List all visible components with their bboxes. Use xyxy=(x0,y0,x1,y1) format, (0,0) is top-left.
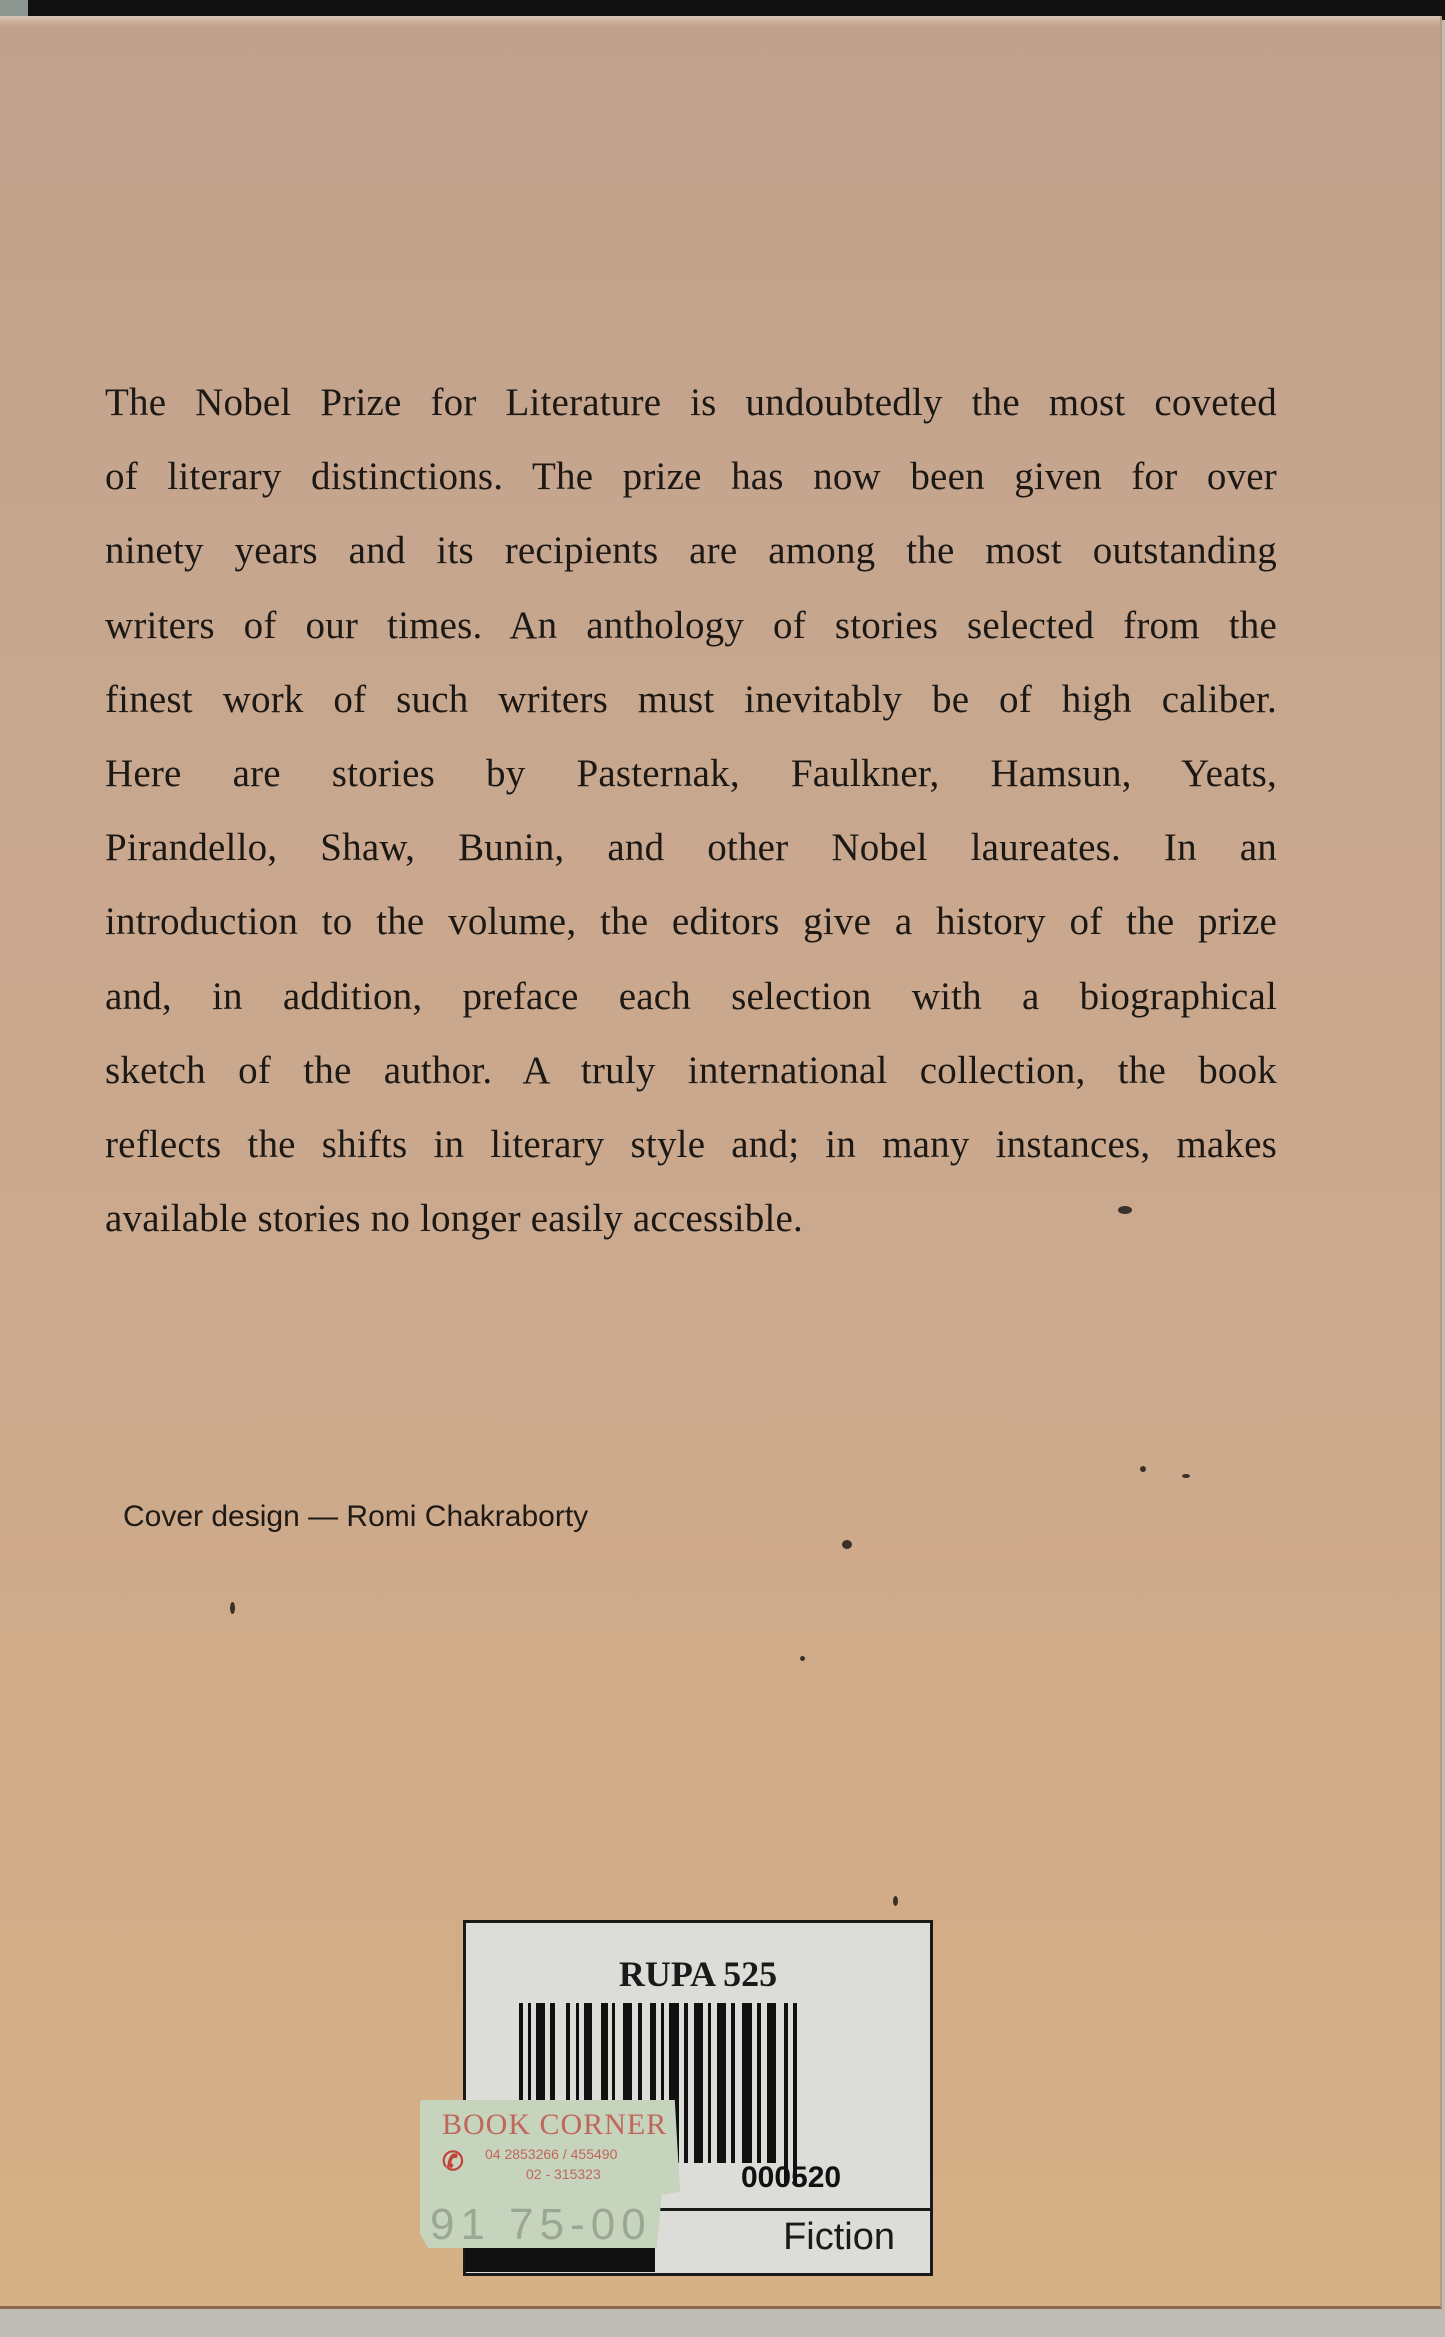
store-logo-icon: ✆ xyxy=(442,2148,474,2176)
wear-mark xyxy=(800,1656,805,1661)
wear-mark xyxy=(893,1896,898,1906)
blurb-line: The Nobel Prize for Literature is undoub… xyxy=(105,366,1277,440)
series-number: RUPA 525 xyxy=(466,1953,930,1995)
barcode-number: 000520 xyxy=(741,2161,841,2195)
store-phone-1: 04 2853266 / 455490 xyxy=(485,2146,617,2162)
wear-mark xyxy=(1118,1206,1132,1214)
store-phone-2: 02 - 315323 xyxy=(526,2166,601,2182)
cover-design-credit: Cover design — Romi Chakraborty xyxy=(123,1500,588,1534)
wear-mark xyxy=(1182,1474,1190,1478)
handwritten-price: 91 75-00 xyxy=(430,2200,652,2250)
blurb-line: sketch of the author. A truly internatio… xyxy=(105,1034,1277,1108)
blurb-line: Pirandello, Shaw, Bunin, and other Nobel… xyxy=(105,811,1277,885)
genre-label: Fiction xyxy=(783,2216,895,2259)
blurb-line: ninety years and its recipients are amon… xyxy=(105,514,1277,588)
wear-mark xyxy=(1140,1466,1146,1472)
blurb-line: introduction to the volume, the editors … xyxy=(105,885,1277,959)
wear-mark xyxy=(230,1602,235,1614)
book-back-cover: The Nobel Prize for Literature is undoub… xyxy=(0,16,1442,2309)
blurb-line: of literary distinctions. The prize has … xyxy=(105,440,1277,514)
price-sticker: BOOK CORNER ✆ 04 2853266 / 455490 02 - 3… xyxy=(420,2100,680,2248)
blurb-line: reflects the shifts in literary style an… xyxy=(105,1108,1277,1182)
blurb-line: available stories no longer easily acces… xyxy=(105,1182,1277,1256)
blurb-line: finest work of such writers must inevita… xyxy=(105,663,1277,737)
corner-background xyxy=(0,0,28,16)
blurb-line: and, in addition, preface each selection… xyxy=(105,960,1277,1034)
blurb-paragraph: The Nobel Prize for Literature is undoub… xyxy=(105,366,1277,1256)
blurb-line: Here are stories by Pasternak, Faulkner,… xyxy=(105,737,1277,811)
blurb-line: writers of our times. An anthology of st… xyxy=(105,589,1277,663)
store-name: BOOK CORNER xyxy=(442,2108,667,2142)
wear-mark xyxy=(842,1540,852,1549)
